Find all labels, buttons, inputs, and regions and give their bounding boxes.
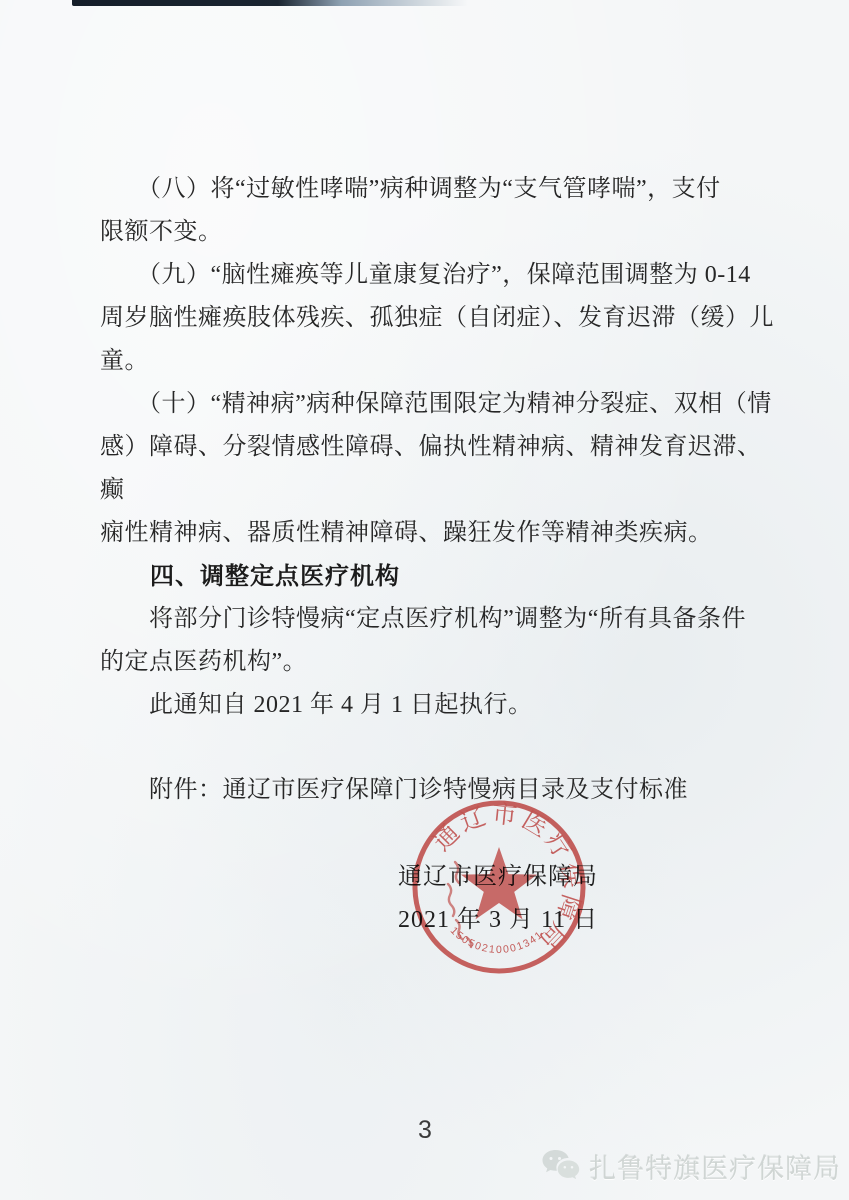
- watermark-label: 扎鲁特旗医疗保障局: [589, 1147, 841, 1186]
- document-body: （八）将“过敏性哮喘”病种调整为“支气管哮喘”，支付 限额不变。 （九）“脑性瘫…: [100, 168, 780, 812]
- paragraph: 此通知自 2021 年 4 月 1 日起执行。: [100, 684, 780, 727]
- source-watermark: 扎鲁特旗医疗保障局: [541, 1146, 841, 1186]
- paragraph: 将部分门诊特慢病“定点医疗机构”调整为“所有具备条件 的定点医药机构”。: [100, 598, 780, 684]
- paragraph: （九）“脑性瘫痪等儿童康复治疗”，保障范围调整为 0-14 周岁脑性瘫痪肢体残疾…: [100, 254, 780, 383]
- document-page: （八）将“过敏性哮喘”病种调整为“支气管哮喘”，支付 限额不变。 （九）“脑性瘫…: [0, 0, 849, 1200]
- seal-star: [461, 847, 537, 919]
- seal-serial: 15050210001341: [448, 925, 546, 956]
- paragraph: （十）“精神病”病种保障范围限定为精神分裂症、双相（情 感）障碍、分裂情感性障碍…: [100, 383, 780, 555]
- page-number: 3: [385, 1116, 465, 1145]
- official-seal: 通辽市医疗保障局 15050210001341: [404, 792, 594, 982]
- section-heading: 四、调整定点医疗机构: [100, 555, 780, 598]
- paragraph: （八）将“过敏性哮喘”病种调整为“支气管哮喘”，支付 限额不变。: [100, 168, 780, 254]
- wechat-icon: [541, 1149, 581, 1183]
- scan-artifact-bar: [72, 0, 468, 6]
